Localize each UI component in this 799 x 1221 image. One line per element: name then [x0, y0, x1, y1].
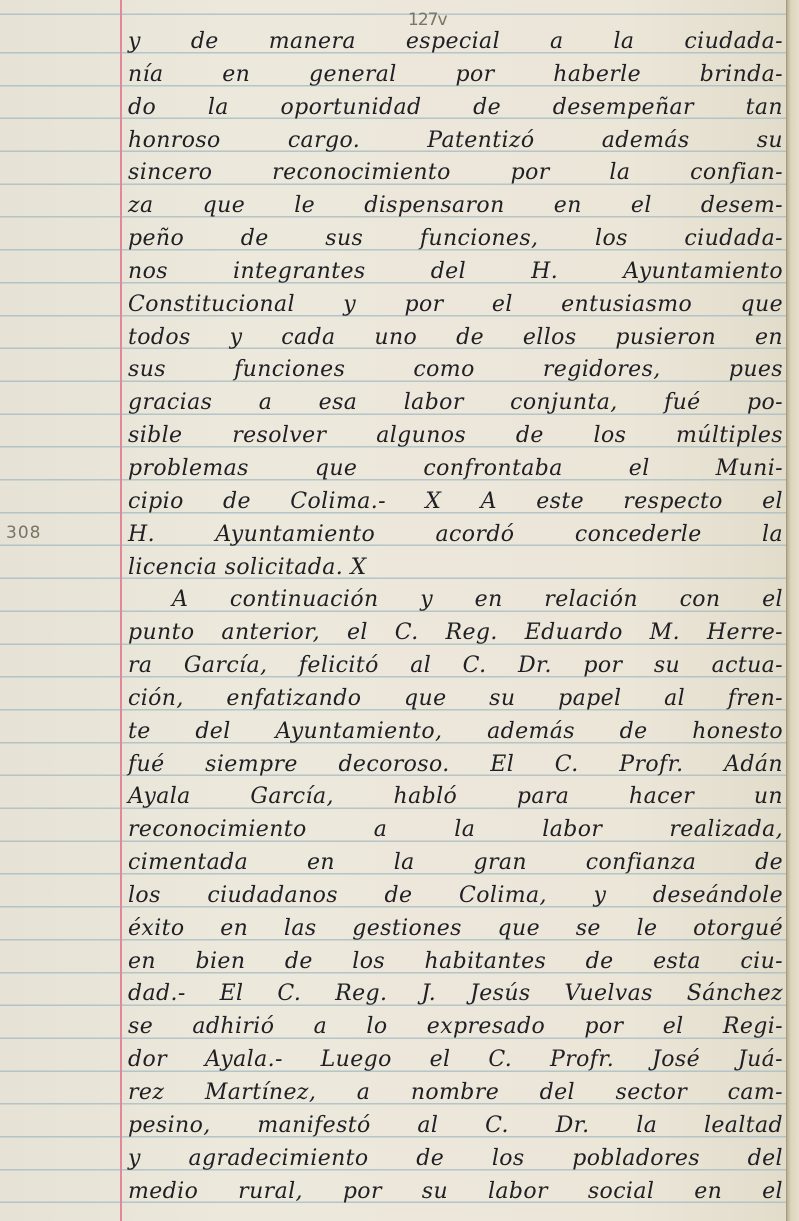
text-line: se adhirió a lo expresado por el Regi- [128, 1011, 783, 1044]
text-line: y de manera especial a la ciudada- [128, 26, 783, 59]
text-line: rez Martínez, a nombre del sector cam- [128, 1077, 783, 1110]
text-line: en bien de los habitantes de esta ciu- [128, 946, 783, 979]
text-line: nos integrantes del H. Ayuntamiento [128, 256, 783, 289]
ledger-page: 127v 308 y de manera especial a la ciuda… [0, 0, 786, 1221]
text-line: problemas que confrontaba el Muni- [128, 453, 783, 486]
text-line: medio rural, por su labor social en el [128, 1176, 783, 1209]
red-margin-line [120, 0, 122, 1221]
text-line: sible resolver algunos de los múltiples [128, 420, 783, 453]
text-line: Ayala García, habló para hacer un [128, 781, 783, 814]
text-line: sus funciones como regidores, pues [128, 354, 783, 387]
paragraph-start-line: A continuación y en relación con el [128, 584, 783, 617]
text-line: H. Ayuntamiento acordó concederle la [128, 519, 783, 552]
text-line: peño de sus funciones, los ciudada- [128, 223, 783, 256]
text-line: za que le dispensaron en el desem- [128, 190, 783, 223]
text-line: ción, enfatizando que su papel al fren- [128, 683, 783, 716]
text-line: ra García, felicitó al C. Dr. por su act… [128, 650, 783, 683]
binding-edge [786, 0, 799, 1221]
text-line: sincero reconocimiento por la confian- [128, 157, 783, 190]
handwritten-text: y de manera especial a la ciudada- nía e… [128, 26, 783, 1208]
text-line: cimentada en la gran confianza de [128, 847, 783, 880]
text-line: los ciudadanos de Colima, y deseándole [128, 880, 783, 913]
text-line: reconocimiento a la labor realizada, [128, 814, 783, 847]
text-line: honroso cargo. Patentizó además su [128, 125, 783, 158]
text-line: dad.- El C. Reg. J. Jesús Vuelvas Sánche… [128, 978, 783, 1011]
text-line: te del Ayuntamiento, además de honesto [128, 716, 783, 749]
margin-annotation: 308 [6, 523, 41, 543]
text-line: éxito en las gestiones que se le otorgué [128, 913, 783, 946]
text-line: punto anterior, el C. Reg. Eduardo M. He… [128, 617, 783, 650]
text-line: dor Ayala.- Luego el C. Profr. José Juá- [128, 1044, 783, 1077]
text-line: cipio de Colima.- X A este respecto el [128, 486, 783, 519]
text-line: nía en general por haberle brinda- [128, 59, 783, 92]
text-line: fué siempre decoroso. El C. Profr. Adán [128, 749, 783, 782]
text-line: Constitucional y por el entusiasmo que [128, 289, 783, 322]
text-line: todos y cada uno de ellos pusieron en [128, 322, 783, 355]
text-line: licencia solicitada. X [128, 552, 783, 585]
text-line: do la oportunidad de desempeñar tan [128, 92, 783, 125]
text-line: gracias a esa labor conjunta, fué po- [128, 387, 783, 420]
text-line: y agradecimiento de los pobladores del [128, 1143, 783, 1176]
text-line: pesino, manifestó al C. Dr. la lealtad [128, 1110, 783, 1143]
